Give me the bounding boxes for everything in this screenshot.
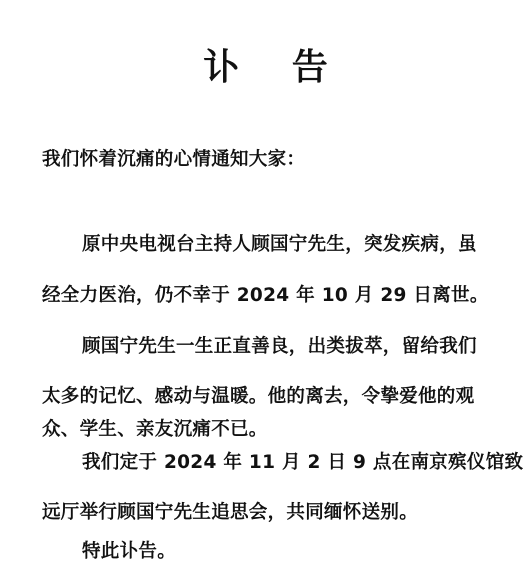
- paragraph-line: 顾国宁先生一生正直善良，出类拔萃，留给我们: [82, 335, 477, 359]
- greeting-line: 我们怀着沉痛的心情通知大家：: [42, 148, 305, 172]
- paragraph-line: 经全力医治，仍不幸于 2024 年 10 月 29 日离世。: [42, 284, 489, 308]
- paragraph-line: 太多的记忆、感动与温暖。他的离去，令挚爱他的观: [42, 385, 474, 409]
- closing-line: 特此讣告。: [82, 540, 176, 564]
- paragraph-line: 众、学生、亲友沉痛不已。: [42, 418, 268, 442]
- paragraph-line: 原中央电视台主持人顾国宁先生，突发疾病，虽: [82, 233, 477, 257]
- document-title: 讣 告: [0, 48, 531, 88]
- paragraph-line: 远厅举行顾国宁先生追思会，共同缅怀送别。: [42, 501, 418, 525]
- paragraph-line: 我们定于 2024 年 11 月 2 日 9 点在南京殡仪馆致: [82, 451, 523, 475]
